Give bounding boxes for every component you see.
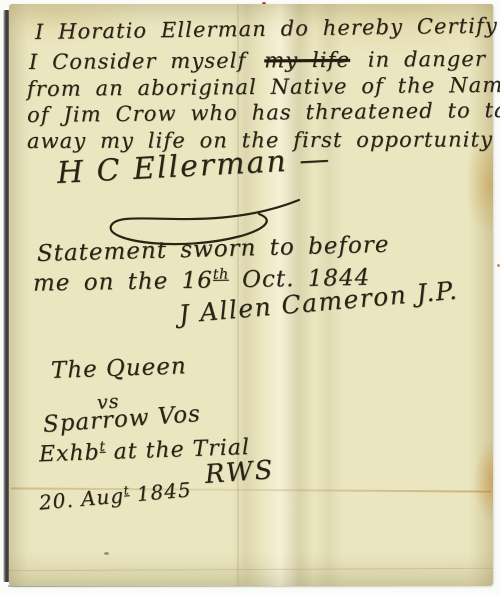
horizontal-fold-crease-2 xyxy=(9,568,493,572)
exhibit-pre: Exhb xyxy=(39,440,101,467)
filing-date-pre: 20. Aug xyxy=(38,483,125,514)
statement-line-2: I Consider myself my life in danger xyxy=(29,47,486,74)
ordinal-superscript: th xyxy=(213,267,229,283)
attestation-line-2-pre: me on the 16 xyxy=(33,268,213,297)
filing-date-post: 1845 xyxy=(128,477,192,506)
paper-sheet: I Horatio Ellerman do hereby Certify tha… xyxy=(9,4,493,586)
case-party-defendant: Sparrow Vos xyxy=(42,401,202,438)
case-party-queen: The Queen xyxy=(51,353,188,384)
filing-date: 20. Augt 1845 xyxy=(38,477,193,515)
scanned-document: I Horatio Ellerman do hereby Certify tha… xyxy=(0,0,500,595)
struck-out-words: my life xyxy=(264,48,350,73)
statement-line-1: I Horatio Ellerman do hereby Certify tha… xyxy=(35,13,500,44)
statement-line-2-post: in danger xyxy=(368,47,486,72)
statement-line-2-pre: I Consider myself xyxy=(29,48,247,74)
clerk-initials: RWS xyxy=(204,455,275,490)
statement-line-4: of Jim Crow who has threatened to take xyxy=(27,98,500,127)
statement-line-3: from an aboriginal Native of the Name xyxy=(27,73,500,101)
green-speck xyxy=(104,552,109,555)
